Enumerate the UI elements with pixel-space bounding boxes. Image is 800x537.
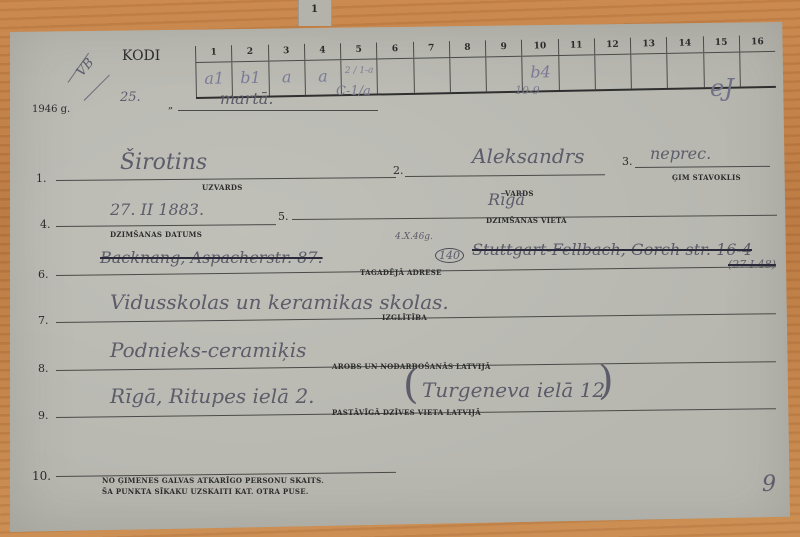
year-prefix: 1946 g. [32, 104, 70, 115]
kodi-column-header: 15 [702, 36, 739, 53]
kodi-column-header: 6 [376, 42, 413, 59]
address-struck-1: Backnang, Aspacherstr. 87. [100, 248, 323, 267]
kodi-column-header: 3 [267, 44, 304, 61]
kodi-column-header: 4 [304, 43, 341, 60]
kodi-value-cell [739, 52, 776, 87]
date-annotation: C-1/a [336, 84, 371, 99]
index-tab: 1 [298, 0, 332, 26]
kodi-column-header: 2 [231, 45, 268, 62]
birth-place-value: Rīgā [488, 190, 525, 209]
kodi-column-header: 12 [594, 38, 631, 55]
kodi-column-header: 16 [739, 35, 776, 52]
kodi-column-header: 7 [412, 41, 449, 58]
kodi-column-header: 9 [485, 40, 522, 57]
kodi-label: KODI [122, 48, 160, 64]
kodi-column-header: 10 [521, 39, 558, 56]
marital-status-value: neprec. [650, 144, 711, 163]
first-name-value: Aleksandrs [472, 144, 585, 168]
kodi-value-cell [449, 57, 486, 92]
occupation-value: Podnieks-ceramiķis [110, 338, 306, 362]
kodi-column-header: 1 [195, 45, 232, 62]
kodi-value-cell [666, 53, 703, 88]
kodi-value-cell [377, 59, 414, 94]
kodi-column-header: 14 [666, 36, 703, 53]
address-circled: 140 [435, 248, 464, 263]
kodi-value-cell [630, 54, 667, 89]
tab-number: 1 [311, 4, 318, 15]
top-right-mark: eJ [710, 74, 734, 102]
kodi-column-header: 11 [557, 38, 594, 55]
kodi-value-cell [594, 55, 631, 90]
address-note: (27.I.48) [728, 258, 776, 271]
kodi-value-cell [558, 55, 595, 90]
education-value: Vidusskolas un keramikas skolas. [110, 290, 449, 314]
kodi-table: 12345678910111213141516 a1b1aa2 / 1-ab4 [195, 35, 776, 101]
kodi-note: 10-9 [515, 84, 540, 97]
page-mark: 9 [762, 472, 776, 497]
registration-card: VB KODI 12345678910111213141516 a1b1aa2 … [10, 22, 790, 532]
kodi-column-header: 5 [340, 43, 377, 60]
date-day: 25. [120, 90, 141, 105]
address-superscript: 4.X.46g. [395, 232, 433, 242]
address-struck-2: Stuttgart-Fellbach, Gorch str. 16-4 [472, 240, 752, 259]
surname-value: Širotins [120, 150, 207, 175]
kodi-value-cell [413, 58, 450, 93]
kodi-column-header: 8 [449, 40, 486, 57]
permanent-residence-alt: Turgeneva ielā 12 [422, 378, 605, 402]
birth-date-value: 27. II 1883. [110, 200, 204, 219]
kodi-column-header: 13 [630, 37, 667, 54]
permanent-residence-value: Rīgā, Ritupes ielā 2. [110, 384, 315, 408]
date-month: martā. [220, 89, 273, 108]
